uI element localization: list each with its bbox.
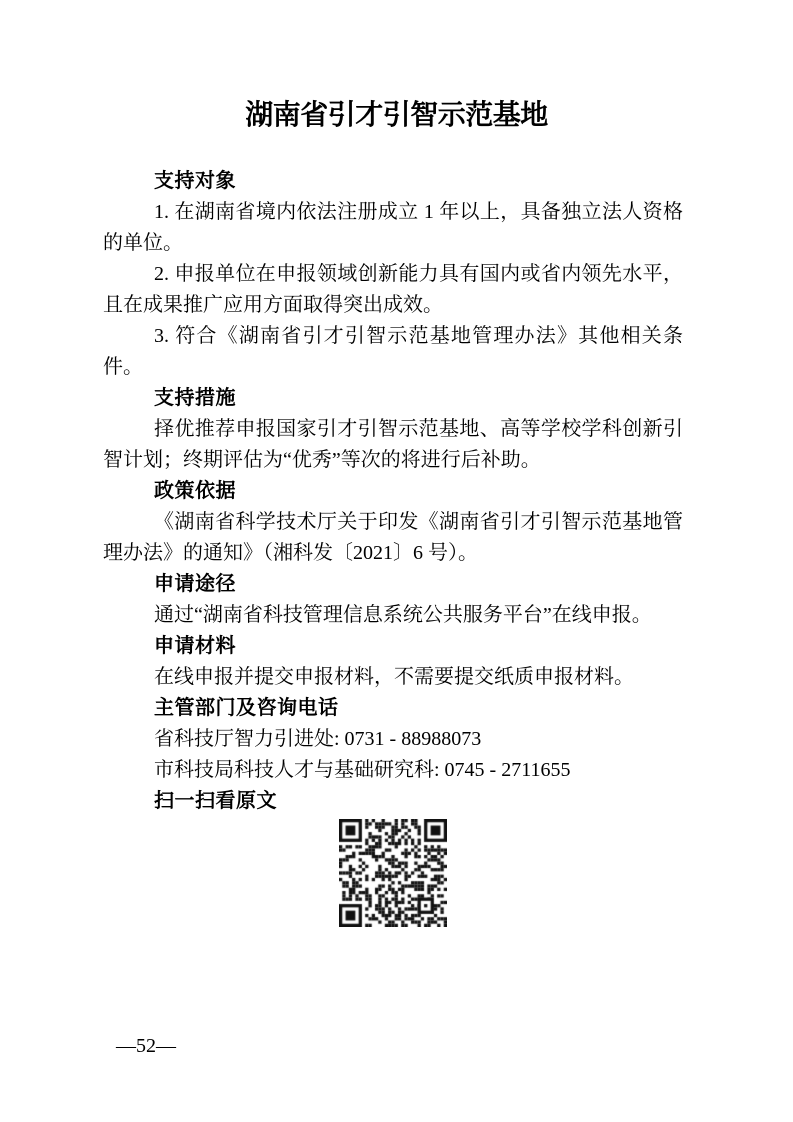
- contact-phone-line: 省科技厅智力引进处: 0731 - 88988073: [103, 724, 683, 755]
- paragraph: 1. 在湖南省境内依法注册成立 1 年以上，具备独立法人资格的单位。: [103, 197, 683, 259]
- section-support-measures: 支持措施 择优推荐申报国家引才引智示范基地、高等学校学科创新引智计划；终期评估为…: [103, 383, 683, 476]
- section-support-targets: 支持对象 1. 在湖南省境内依法注册成立 1 年以上，具备独立法人资格的单位。 …: [103, 166, 683, 383]
- section-scan-original: 扫一扫看原文: [103, 786, 683, 932]
- paragraph: 《湖南省科学技术厅关于印发《湖南省引才引智示范基地管理办法》的通知》（湘科发〔2…: [103, 507, 683, 569]
- qr-code-container: [103, 819, 683, 932]
- section-heading: 扫一扫看原文: [103, 786, 683, 817]
- document-body: 支持对象 1. 在湖南省境内依法注册成立 1 年以上，具备独立法人资格的单位。 …: [103, 166, 683, 932]
- page-number: —52—: [116, 1034, 176, 1058]
- section-heading: 申请材料: [103, 631, 683, 662]
- paragraph: 通过“湖南省科技管理信息系统公共服务平台”在线申报。: [103, 600, 683, 631]
- page-title: 湖南省引才引智示范基地: [0, 97, 793, 135]
- qr-code: [339, 819, 447, 927]
- document-page: 湖南省引才引智示范基地 支持对象 1. 在湖南省境内依法注册成立 1 年以上，具…: [0, 0, 793, 1122]
- section-heading: 申请途径: [103, 569, 683, 600]
- paragraph: 2. 申报单位在申报领域创新能力具有国内或省内领先水平，且在成果推广应用方面取得…: [103, 259, 683, 321]
- contact-phone-line: 市科技局科技人才与基础研究科: 0745 - 2711655: [103, 755, 683, 786]
- section-application-channel: 申请途径 通过“湖南省科技管理信息系统公共服务平台”在线申报。: [103, 569, 683, 631]
- paragraph: 3. 符合《湖南省引才引智示范基地管理办法》其他相关条件。: [103, 321, 683, 383]
- paragraph: 择优推荐申报国家引才引智示范基地、高等学校学科创新引智计划；终期评估为“优秀”等…: [103, 414, 683, 476]
- section-heading: 主管部门及咨询电话: [103, 693, 683, 724]
- section-heading: 支持措施: [103, 383, 683, 414]
- paragraph: 在线申报并提交申报材料，不需要提交纸质申报材料。: [103, 662, 683, 693]
- section-application-materials: 申请材料 在线申报并提交申报材料，不需要提交纸质申报材料。: [103, 631, 683, 693]
- section-policy-basis: 政策依据 《湖南省科学技术厅关于印发《湖南省引才引智示范基地管理办法》的通知》（…: [103, 476, 683, 569]
- section-heading: 支持对象: [103, 166, 683, 197]
- section-contact-info: 主管部门及咨询电话 省科技厅智力引进处: 0731 - 88988073 市科技…: [103, 693, 683, 786]
- section-heading: 政策依据: [103, 476, 683, 507]
